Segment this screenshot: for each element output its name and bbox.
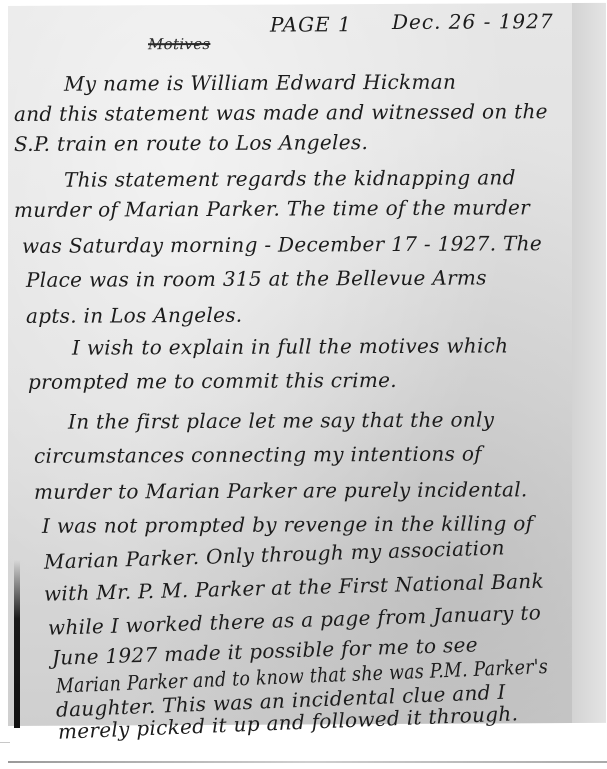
paper-edge-strip <box>572 3 606 723</box>
text-line: prompted me to commit this crime. <box>28 368 397 394</box>
text-line: Marian Parker. Only through my associati… <box>44 535 505 573</box>
text-line: In the first place let me say that the o… <box>68 407 494 433</box>
document-date: Dec. 26 - 1927 <box>392 9 554 34</box>
text-line: Place was in room 315 at the Bellevue Ar… <box>26 265 487 291</box>
text-line: murder of Marian Parker. The time of the… <box>14 195 530 222</box>
text-line: murder to Marian Parker are purely incid… <box>34 477 528 504</box>
text-line: I was not prompted by revenge in the kil… <box>42 511 533 538</box>
text-line: This statement regards the kidnapping an… <box>64 165 516 191</box>
struck-heading: Motives <box>148 35 210 53</box>
text-line: and this statement was made and witnesse… <box>14 99 548 126</box>
text-line: was Saturday morning - December 17 - 192… <box>22 231 542 258</box>
text-line: I wish to explain in full the motives wh… <box>72 333 508 359</box>
scan-edge-shadow <box>14 560 20 728</box>
scanned-document: PAGE 1 Dec. 26 - 1927 Motives My name is… <box>0 0 607 769</box>
scan-divider <box>8 761 607 763</box>
text-line: with Mr. P. M. Parker at the First Natio… <box>44 569 544 606</box>
page-label: PAGE 1 <box>270 12 352 36</box>
text-line: My name is William Edward Hickman <box>64 70 456 96</box>
text-line: apts. in Los Angeles. <box>26 303 242 328</box>
text-line: S.P. train en route to Los Angeles. <box>14 130 368 156</box>
paper-sheet: PAGE 1 Dec. 26 - 1927 Motives My name is… <box>8 3 574 726</box>
scan-divider <box>0 742 10 743</box>
text-line: circumstances connecting my intentions o… <box>34 442 482 468</box>
